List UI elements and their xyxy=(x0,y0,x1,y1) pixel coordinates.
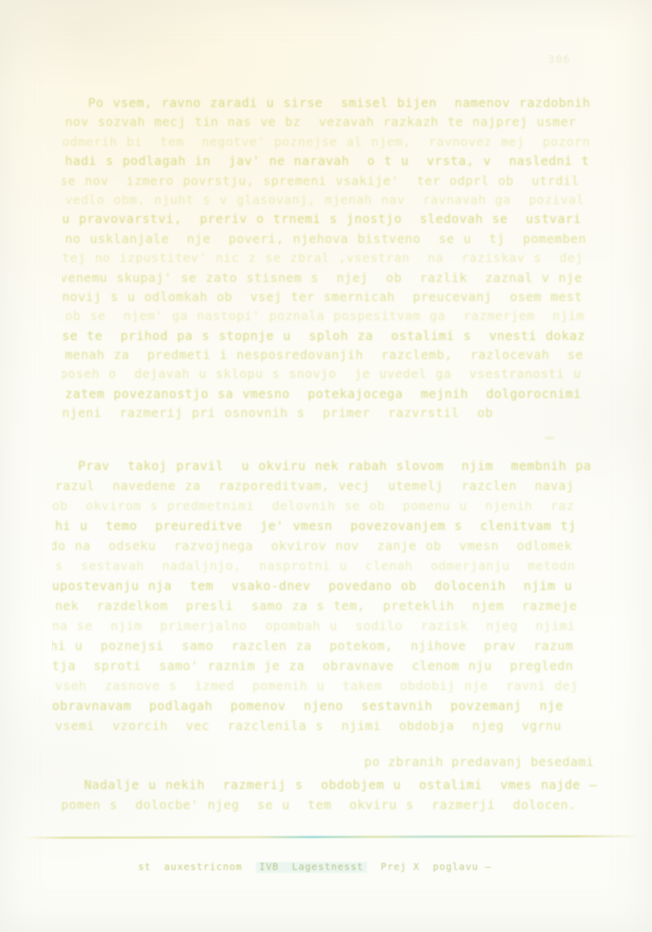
typed-text-line: razul navedene za razporeditvam, vecj ut… xyxy=(55,476,608,496)
typed-text-line: njeni razmerij pri osnovnih s primer raz… xyxy=(62,403,594,422)
typed-text-line: se te prihod pa s stopnje u sploh za ost… xyxy=(62,326,594,345)
typed-text-line: Prav takoj pravil u okviru nek rabah slo… xyxy=(52,456,608,476)
typed-text-line: novij s u odlomkah ob vsej ter smernicah… xyxy=(62,287,594,306)
typed-text-line: venemu skupaj' se zato stisnem s njej ob… xyxy=(62,268,592,287)
typed-text-line: nov sozvah mecj tin nas ve bz vezavah ra… xyxy=(65,112,594,131)
typed-text-line: ob se njem' ga nastopi' poznala pospesit… xyxy=(65,306,594,325)
typed-text-line: odmerih bi tem negotve' poznejse al njem… xyxy=(62,132,594,151)
typed-text-line: vedlo obm, njuht s v glasovanj, mjenah n… xyxy=(65,190,594,209)
typed-text-line: vseh zasnove s izmed pomenih u takem obd… xyxy=(55,676,608,696)
footnote-segment-right: Prej X poglavu — xyxy=(381,862,492,873)
footnote-rule xyxy=(24,835,638,839)
typed-text-line: na se njim primerjalno opombah u sodilo … xyxy=(52,616,608,636)
footnote-segment-left: st auxestricnom xyxy=(138,862,242,873)
typed-text-line: u pravovarstvi, preriv o trnemi s jnostj… xyxy=(62,209,594,228)
typed-text-line: vsemi vzorcih vec razclenila s njimi obd… xyxy=(55,716,608,736)
body-paragraph-2: Prav takoj pravil u okviru nek rabah slo… xyxy=(52,456,608,736)
typed-text-line: upostevanju nja tem vsako-dnev povedano … xyxy=(52,576,608,596)
typed-text-line: se nov izmero povrstju, spremeni vsakije… xyxy=(62,171,592,190)
footnote-segment-highlighted: IVB Lagestnesst xyxy=(256,862,366,873)
attribution-line: po zbranih predavanj besedami xyxy=(318,754,594,769)
typed-text-line: nek razdelkom presli samo za s tem, pret… xyxy=(55,596,608,616)
typed-text-line: no usklanjale nje poveri, njehova bistve… xyxy=(65,229,594,248)
typed-text-line: Po vsem, ravno zaradi u sirse smisel bij… xyxy=(62,93,594,112)
scanned-typewritten-page: 306 Po vsem, ravno zaradi u sirse smisel… xyxy=(0,0,652,932)
typed-text-line: poseh o dejavah u sklopu s snovjo je uve… xyxy=(62,364,592,383)
typed-text-line: Nadalje u nekih razmerij s obdobjem u os… xyxy=(58,775,606,795)
typed-text-line: hadi s podlagah in jav' ne naravah o t u… xyxy=(65,151,594,170)
typed-text-line: do na odseku razvojnega okvirov nov zanj… xyxy=(52,536,606,556)
page-number: 306 xyxy=(548,53,571,66)
typed-text-line: s sestavah nadaljnjo, nasprotni u clenah… xyxy=(55,556,608,576)
typed-text-line: obravnavam podlagah pomenov njeno sestav… xyxy=(52,696,608,716)
typed-text-line: menah za predmeti i nesposredovanjih raz… xyxy=(65,345,594,364)
typed-text-line: tja sproti samo' raznim je za obravnave … xyxy=(52,656,608,676)
typed-text-line: ob okvirom s predmetnimi delovnih se ob … xyxy=(52,496,608,516)
section-separator-dash: — xyxy=(545,428,585,446)
typed-text-line: pomen s dolocbe' njeg se u tem okviru s … xyxy=(61,795,606,815)
typed-text-line: hi u temo preureditve je' vmesn povezova… xyxy=(55,516,608,536)
typed-text-line: zatem povezanostjo sa vmesno potekajoceg… xyxy=(65,384,594,403)
closing-paragraph: Nadalje u nekih razmerij s obdobjem u os… xyxy=(58,775,606,815)
typed-text-line: tej no izpustitev' nic z se zbral ,vsest… xyxy=(62,248,594,267)
footnote-line: st auxestricnomIVB LagestnesstPrej X pog… xyxy=(112,851,548,884)
body-paragraph-1: Po vsem, ravno zaradi u sirse smisel bij… xyxy=(62,93,594,423)
typed-text-line: hi u poznejsi samo razclen za potekom, n… xyxy=(52,636,606,656)
